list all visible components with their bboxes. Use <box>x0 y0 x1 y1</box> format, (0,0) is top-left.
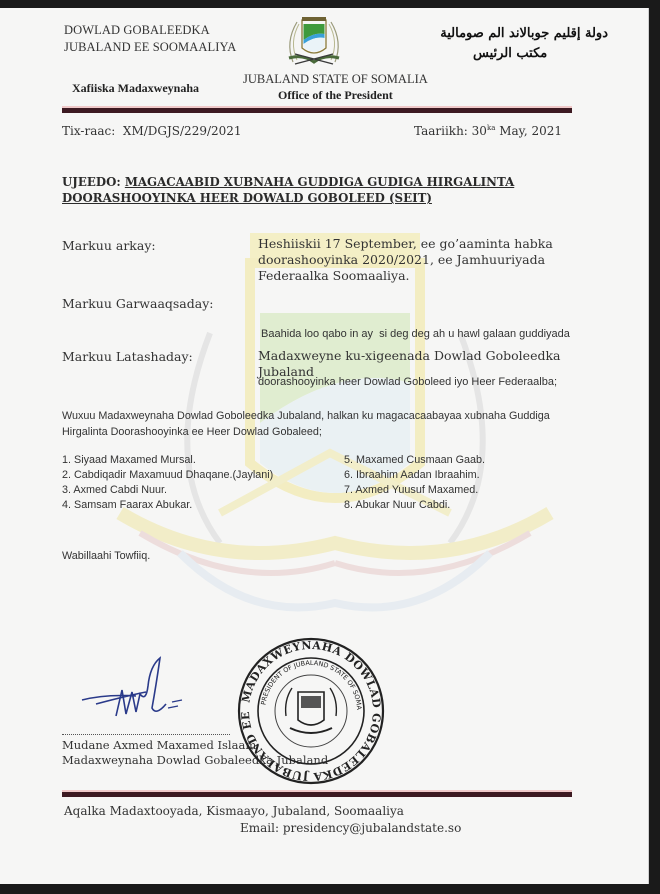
subject-block: UJEEDO: MAGACAABID XUBNAHA GUDDIGA GUDIG… <box>62 174 514 206</box>
letter-page: DOWLAD GOBALEEDKA JUBALAND EE SOOMAALIYA… <box>0 8 649 884</box>
header-office-somali: Xafiiska Madaxweynaha <box>72 81 199 96</box>
reference-line: Tix-raac: XM/DGJS/229/2021 <box>62 124 242 138</box>
signature-line <box>62 734 230 735</box>
clause-text-line: Jubaland <box>258 364 578 380</box>
clause-text-line: Federaalka Soomaaliya. <box>258 268 578 284</box>
clause-label-garwaaqsaday: Markuu Garwaaqsaday: <box>62 296 214 311</box>
official-stamp-icon: MADAXWEYNAHA DOWLAD GOBALEEDKA JUBALAND … <box>232 636 390 786</box>
clause-text-line: Madaxweyne ku-xigeenada Dowlad Goboleedk… <box>258 348 578 364</box>
jubaland-coat-of-arms-icon <box>283 14 345 72</box>
member-item: 3. Axmed Cabdi Nuur. <box>62 483 273 498</box>
subject-label: UJEEDO: <box>62 175 121 189</box>
header-left-line2: JUBALAND EE SOOMAALIYA <box>64 39 236 56</box>
appointment-line2: Hirgalinta Doorashooyinka ee Heer Dowlad… <box>62 424 582 440</box>
clause-text-line: doorashooyinka 2020/2021, ee Jamhuuriyad… <box>258 252 578 268</box>
footer-rule <box>62 792 572 797</box>
member-item: 7. Axmed Yuusuf Maxamed. <box>344 483 485 498</box>
member-item: 1. Siyaad Maxamed Mursal. <box>62 453 273 468</box>
header-rule <box>62 108 572 113</box>
clause-text-latashaday: Madaxweyne ku-xigeenada Dowlad Goboleedk… <box>258 348 578 380</box>
closing-text: Wabillaahi Towfiiq. <box>62 550 150 562</box>
clause-label-arkay: Markuu arkay: <box>62 238 156 253</box>
member-item: 2. Cabdiqadir Maxamuud Dhaqane.(Jaylani) <box>62 468 273 483</box>
members-list-right: 5. Maxamed Cusmaan Gaab. 6. Ibraahim Aad… <box>344 453 485 513</box>
clause-text-line: Heshiiskii 17 September, ee go’aaminta h… <box>258 236 578 252</box>
header-arabic-line2: مكتب الرئيس <box>440 44 580 64</box>
reference-value: XM/DGJS/229/2021 <box>123 124 242 138</box>
member-item: 4. Samsam Faarax Abukar. <box>62 498 273 513</box>
date-rest: May, 2021 <box>495 124 562 138</box>
member-item: 6. Ibraahim Aadan Ibraahim. <box>344 468 485 483</box>
date-line: Taariikh: 30ka May, 2021 <box>414 124 562 138</box>
header-arabic-block: دولة إقليم جوبالاند الم صومالية مكتب الر… <box>440 24 608 64</box>
header-left-block: DOWLAD GOBALEEDKA JUBALAND EE SOOMAALIYA <box>64 22 236 56</box>
header-state-block: JUBALAND STATE OF SOMALIA Office of the … <box>243 71 428 103</box>
header-left-line1: DOWLAD GOBALEEDKA <box>64 22 236 39</box>
signature-scribble-icon <box>76 656 196 736</box>
member-item: 8. Abukar Nuur Cabdi. <box>344 498 485 513</box>
reference-label: Tix-raac: <box>62 124 115 138</box>
clause-text-arkay: Heshiiskii 17 September, ee go’aaminta h… <box>258 236 578 284</box>
appointment-line1: Wuxuu Madaxweynaha Dowlad Goboleedka Jub… <box>62 408 582 424</box>
header-state-english: JUBALAND STATE OF SOMALIA <box>243 71 428 87</box>
appointment-paragraph: Wuxuu Madaxweynaha Dowlad Goboleedka Jub… <box>62 408 582 440</box>
members-list-left: 1. Siyaad Maxamed Mursal. 2. Cabdiqadir … <box>62 453 273 513</box>
footer-email: Email: presidency@jubalandstate.so <box>240 821 461 835</box>
clause-label-latashaday: Markuu Latashaday: <box>62 349 193 364</box>
clause-text-line: Baahida loo qabo in ay si deg deg ah u h… <box>258 326 578 342</box>
date-label: Taariikh: <box>414 124 468 138</box>
header-arabic-line1: دولة إقليم جوبالاند الم صومالية <box>440 24 608 44</box>
header-office-english: Office of the President <box>243 87 428 103</box>
footer-address: Aqalka Madaxtooyada, Kismaayo, Jubaland,… <box>64 804 404 818</box>
subject-line2: DOORASHOOYINKA HEER DOWALD GOBOLEED (SEI… <box>62 190 514 206</box>
date-day: 30 <box>472 124 487 138</box>
member-item: 5. Maxamed Cusmaan Gaab. <box>344 453 485 468</box>
subject-line1: MAGACAABID XUBNAHA GUDDIGA GUDIGA HIRGAL… <box>125 175 514 189</box>
